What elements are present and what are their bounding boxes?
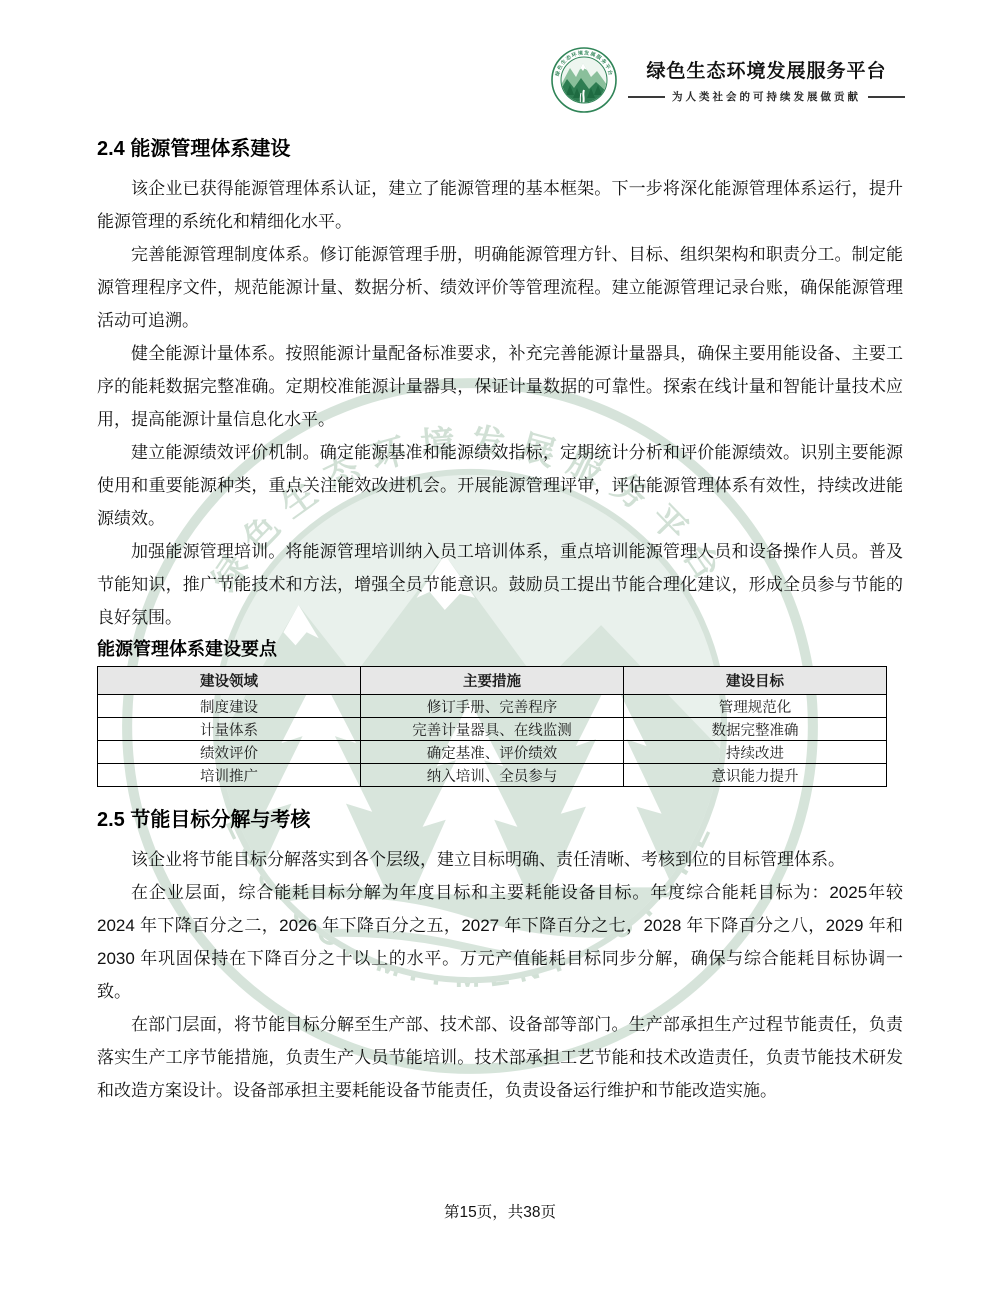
table-cell: 修订手册、完善程序 (361, 695, 624, 718)
paragraph: 该企业将节能目标分解落实到各个层级，建立目标明确、责任清晰、考核到位的目标管理体… (97, 843, 903, 876)
table-cell: 完善计量器具、在线监测 (361, 718, 624, 741)
paragraph: 在企业层面，综合能耗目标分解为年度目标和主要耗能设备目标。年度综合能耗目标为：2… (97, 876, 903, 1008)
platform-logo-icon: 绿色生态环境发展服务平台 ECO COMMITMENT FUTURE (550, 46, 618, 114)
paragraph: 健全能源计量体系。按照能源计量配备标准要求，补充完善能源计量器具，确保主要用能设… (97, 337, 903, 436)
brand-text-block: 绿色生态环境发展服务平台 为人类社会的可持续发展做贡献 (628, 56, 905, 104)
brand-tagline: 为人类社会的可持续发展做贡献 (628, 89, 905, 104)
table-cell: 确定基准、评价绩效 (361, 741, 624, 764)
tagline-rule-left (628, 96, 665, 98)
paragraph: 在部门层面，将节能目标分解至生产部、技术部、设备部等部门。生产部承担生产过程节能… (97, 1008, 903, 1107)
table-cell: 制度建设 (98, 695, 361, 718)
page-number: 第15页，共38页 (444, 1204, 556, 1221)
paragraph: 加强能源管理培训。将能源管理培训纳入员工培训体系，重点培训能源管理人员和设备操作… (97, 535, 903, 634)
paragraph: 完善能源管理制度体系。修订能源管理手册，明确能源管理方针、目标、组织架构和职责分… (97, 238, 903, 337)
page-footer: 第15页，共38页 (0, 1200, 1000, 1222)
document-body: 2.4 能源管理体系建设 该企业已获得能源管理体系认证，建立了能源管理的基本框架… (0, 0, 1000, 1107)
paragraph: 建立能源绩效评价机制。确定能源基准和能源绩效指标，定期统计分析和评价能源绩效。识… (97, 436, 903, 535)
table-row: 培训推广 纳入培训、全员参与 意识能力提升 (98, 764, 887, 787)
brand-tagline-text: 为人类社会的可持续发展做贡献 (672, 89, 861, 104)
table-row: 制度建设 修订手册、完善程序 管理规范化 (98, 695, 887, 718)
table-header-goal: 建设目标 (624, 667, 887, 695)
table-header-measures: 主要措施 (361, 667, 624, 695)
table-cell: 数据完整准确 (624, 718, 887, 741)
table-cell: 纳入培训、全员参与 (361, 764, 624, 787)
paragraph: 该企业已获得能源管理体系认证，建立了能源管理的基本框架。下一步将深化能源管理体系… (97, 172, 903, 238)
table-row: 绩效评价 确定基准、评价绩效 持续改进 (98, 741, 887, 764)
table-cell: 培训推广 (98, 764, 361, 787)
table-cell: 绩效评价 (98, 741, 361, 764)
table-cell: 计量体系 (98, 718, 361, 741)
page-header: 绿色生态环境发展服务平台 ECO COMMITMENT FUTURE 绿色生态 (550, 46, 905, 114)
key-points-table: 建设领域 主要措施 建设目标 制度建设 修订手册、完善程序 管理规范化 计量体系… (97, 666, 887, 787)
table-cell: 意识能力提升 (624, 764, 887, 787)
table-cell: 持续改进 (624, 741, 887, 764)
table-cell: 管理规范化 (624, 695, 887, 718)
brand-title: 绿色生态环境发展服务平台 (646, 56, 886, 83)
section-heading-2-4: 2.4 能源管理体系建设 (97, 136, 903, 162)
tagline-rule-right (868, 96, 905, 98)
document-page: 绿色生态环境发展服务平台 ECO COMMITMENT FUTURE (0, 0, 1000, 1294)
table-title: 能源管理体系建设要点 (97, 636, 903, 662)
section-heading-2-5: 2.5 节能目标分解与考核 (97, 807, 903, 833)
table-row: 计量体系 完善计量器具、在线监测 数据完整准确 (98, 718, 887, 741)
table-header-field: 建设领域 (98, 667, 361, 695)
table-header-row: 建设领域 主要措施 建设目标 (98, 667, 887, 695)
